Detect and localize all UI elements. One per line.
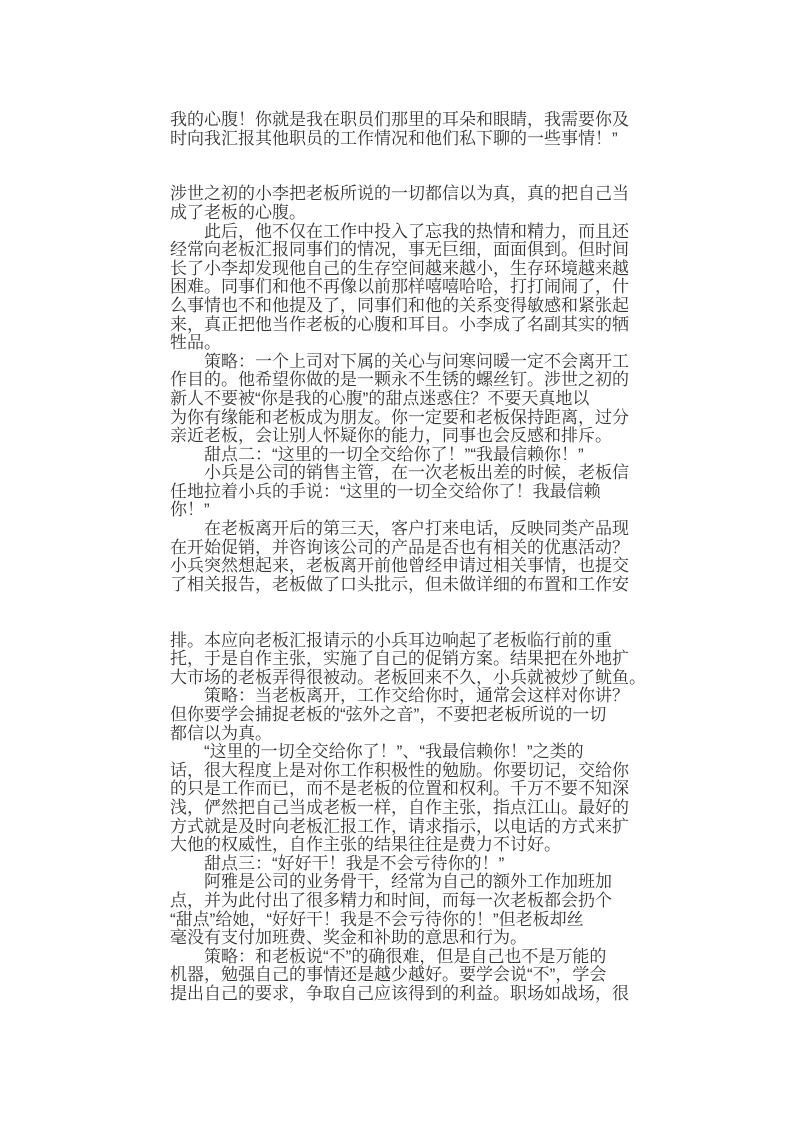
text-line: 机器，勉强自己的事情还是越少越好。要学会说“不”，学会 bbox=[170, 966, 650, 985]
text-line: 小兵突然想起来，老板离开前他曾经申请过相关事情，也提交 bbox=[170, 557, 650, 576]
text-line: 困难。同事们和他不再像以前那样嘻嘻哈哈，打打闹闹了，什 bbox=[170, 278, 650, 297]
text-line: 阿雅是公司的业务骨干，经常为自己的额外工作加班加 bbox=[170, 873, 650, 892]
text-line: 为你有缘能和老板成为朋友。你一定要和老板保持距离，过分 bbox=[170, 409, 650, 428]
text-line: 排。本应向老板汇报请示的小兵耳边响起了老板临行前的重 bbox=[170, 632, 650, 651]
text-line: 方式就是及时向老板汇报工作，请求指示，以电话的方式来扩 bbox=[170, 818, 650, 837]
text-line: “这里的一切全交给你了！”、“我最信赖你！”之类的 bbox=[170, 743, 650, 762]
text-line: 都信以为真。 bbox=[170, 725, 650, 744]
text-line: 小兵是公司的销售主管，在一次老板出差的时候，老板信 bbox=[170, 464, 650, 483]
text-line: 但你要学会捕捉老板的“弦外之音”，不要把老板所说的一切 bbox=[170, 706, 650, 725]
text-line: 任地拉着小兵的手说：“这里的一切全交给你了！我最信赖 bbox=[170, 483, 650, 502]
blank-line bbox=[170, 148, 650, 167]
text-line: 大他的权威性，自作主张的结果往往是费力不讨好。 bbox=[170, 836, 650, 855]
text-line: 大市场的老板弄得很被动。老板回来不久，小兵就被炒了鱿鱼。 bbox=[170, 669, 650, 688]
text-line: 托，于是自作主张，实施了自己的促销方案。结果把在外地扩 bbox=[170, 650, 650, 669]
blank-line bbox=[170, 594, 650, 613]
text-line: 你！” bbox=[170, 501, 650, 520]
text-line: 策略：一个上司对下属的关心与问寒问暖一定不会离开工 bbox=[170, 353, 650, 372]
text-line: 时向我汇报其他职员的工作情况和他们私下聊的一些事情！” bbox=[170, 130, 650, 149]
text-line: 亲近老板，会让别人怀疑你的能力，同事也会反感和排斥。 bbox=[170, 427, 650, 446]
text-line: 长了小李却发现他自己的生存空间越来越小，生存环境越来越 bbox=[170, 260, 650, 279]
text-line: 浅，俨然把自己当成老板一样，自作主张，指点江山。最好的 bbox=[170, 799, 650, 818]
text-line: 策略：和老板说“不”的确很难，但是自己也不是万能的 bbox=[170, 948, 650, 967]
text-line: 毫没有支付加班费、奖金和补助的意思和行为。 bbox=[170, 929, 650, 948]
document-text-block: 我的心腹！你就是我在职员们那里的耳朵和眼睛，我需要你及时向我汇报其他职员的工作情… bbox=[170, 111, 650, 1004]
text-line: 新人不要被“你是我的心腹”的甜点迷惑住？不要天真地以 bbox=[170, 390, 650, 409]
text-line: 了相关报告，老板做了口头批示，但未做详细的布置和工作安 bbox=[170, 576, 650, 595]
text-line: 在开始促销，并咨询该公司的产品是否也有相关的优惠活动？ bbox=[170, 539, 650, 558]
text-line: 甜点二：“这里的一切全交给你了！”“我最信赖你！” bbox=[170, 446, 650, 465]
text-line: 此后，他不仅在工作中投入了忘我的热情和精力，而且还 bbox=[170, 223, 650, 242]
text-line: 么事情也不和他提及了，同事们和他的关系变得敏感和紧张起 bbox=[170, 297, 650, 316]
blank-line bbox=[170, 167, 650, 186]
text-line: 点，并为此付出了很多精力和时间，而每一次老板都会扔个 bbox=[170, 892, 650, 911]
text-line: 策略：当老板离开，工作交给你时，通常会这样对你讲？ bbox=[170, 687, 650, 706]
text-line: 来，真正把他当作老板的心腹和耳目。小李成了名副其实的牺 bbox=[170, 316, 650, 335]
document-page: 我的心腹！你就是我在职员们那里的耳朵和眼睛，我需要你及时向我汇报其他职员的工作情… bbox=[0, 0, 794, 1122]
text-line: 的只是工作而已，而不是老板的位置和权利。千万不要不知深 bbox=[170, 780, 650, 799]
text-line: 牲品。 bbox=[170, 334, 650, 353]
text-line: 提出自己的要求，争取自己应该得到的利益。职场如战场，很 bbox=[170, 985, 650, 1004]
text-line: 话，很大程度上是对你工作积极性的勉励。你要切记，交给你 bbox=[170, 762, 650, 781]
text-line: “甜点”给她，“好好干！我是不会亏待你的！”但老板却丝 bbox=[170, 911, 650, 930]
text-line: 成了老板的心腹。 bbox=[170, 204, 650, 223]
text-line: 在老板离开后的第三天，客户打来电话，反映同类产品现 bbox=[170, 520, 650, 539]
text-line: 经常向老板汇报同事们的情况，事无巨细，面面俱到。但时间 bbox=[170, 241, 650, 260]
text-line: 我的心腹！你就是我在职员们那里的耳朵和眼睛，我需要你及 bbox=[170, 111, 650, 130]
text-line: 作目的。他希望你做的是一颗永不生锈的螺丝钉。涉世之初的 bbox=[170, 371, 650, 390]
text-line: 甜点三：“好好干！我是不会亏待你的！” bbox=[170, 855, 650, 874]
text-line: 涉世之初的小李把老板所说的一切都信以为真，真的把自己当 bbox=[170, 185, 650, 204]
blank-line bbox=[170, 613, 650, 632]
